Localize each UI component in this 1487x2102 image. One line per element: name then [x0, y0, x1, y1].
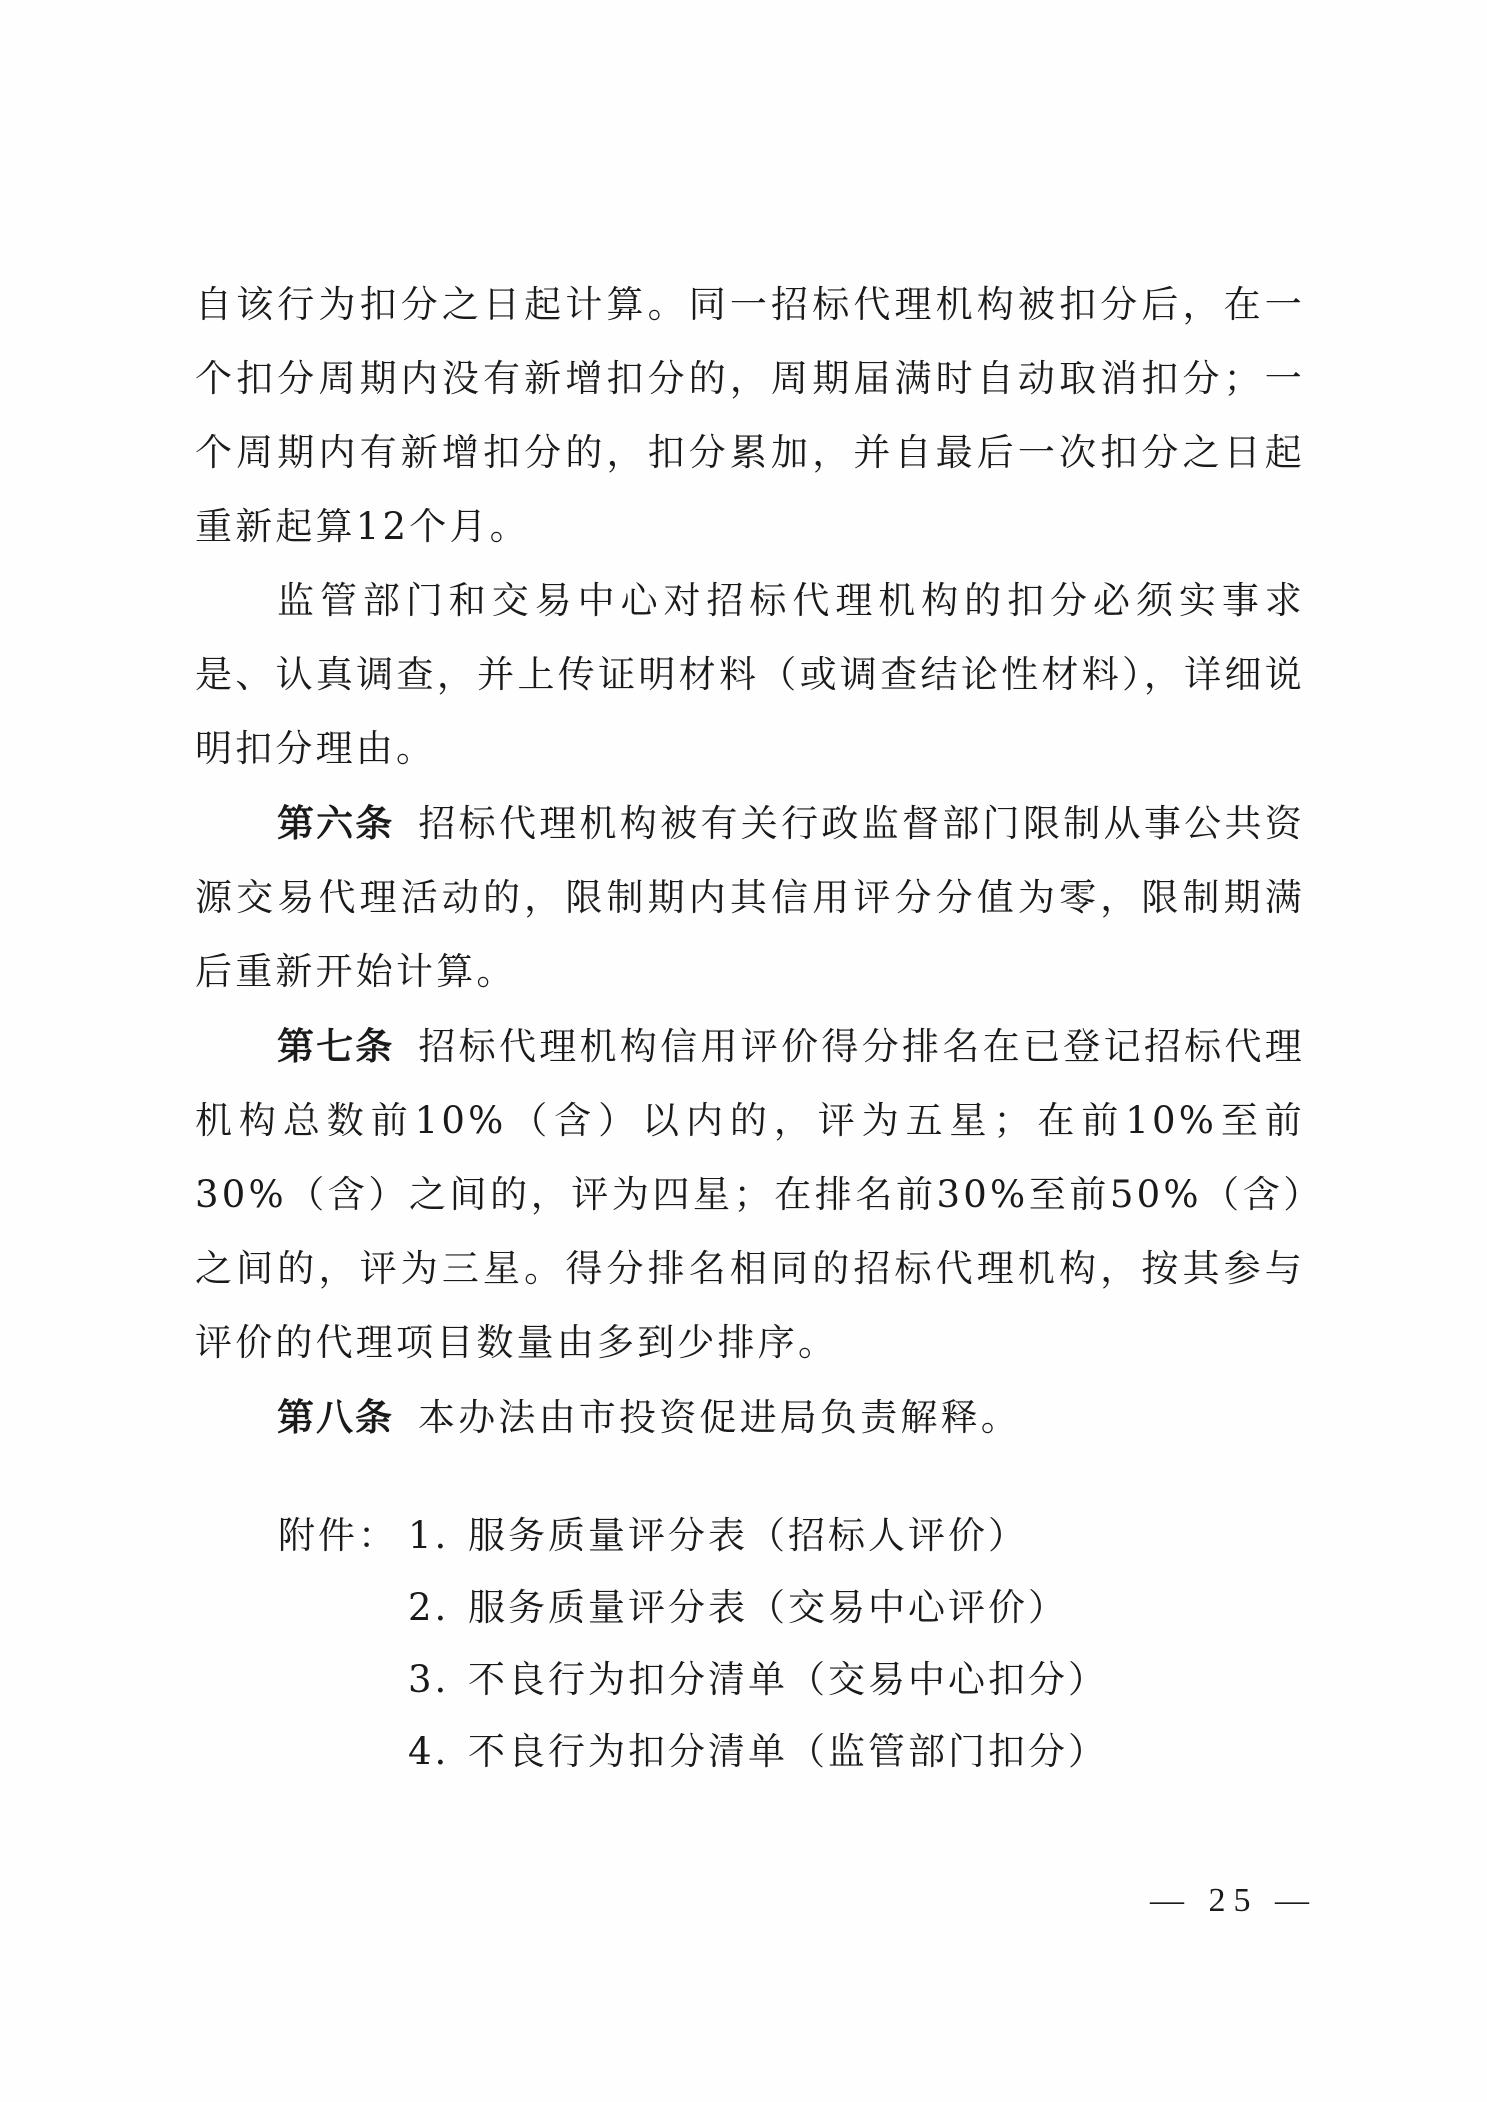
document-page: 自该行为扣分之日起计算。同一招标代理机构被扣分后，在一个扣分周期内没有新增扣分的…	[0, 0, 1487, 2102]
attachment-number: 3.	[408, 1644, 468, 1716]
attachments-list: 附件： 1. 服务质量评分表（招标人评价） 2. 服务质量评分表（交易中心评价）…	[278, 1500, 1108, 1788]
attachment-title: 服务质量评分表（交易中心评价）	[468, 1572, 1068, 1644]
article-number: 第七条	[277, 1024, 394, 1068]
document-body: 自该行为扣分之日起计算。同一招标代理机构被扣分后，在一个扣分周期内没有新增扣分的…	[195, 268, 1305, 1455]
article-number: 第六条	[277, 801, 394, 845]
attachment-title: 不良行为扣分清单（交易中心扣分）	[468, 1644, 1108, 1716]
attachment-title: 服务质量评分表（招标人评价）	[468, 1500, 1028, 1572]
attachment-title: 不良行为扣分清单（监管部门扣分）	[468, 1716, 1108, 1788]
continuation-paragraph: 自该行为扣分之日起计算。同一招标代理机构被扣分后，在一个扣分周期内没有新增扣分的…	[195, 268, 1305, 564]
article-text: 招标代理机构信用评价得分排名在已登记招标代理机构总数前10%（含）以内的，评为五…	[195, 1025, 1305, 1364]
attachment-number: 4.	[408, 1716, 468, 1788]
article-7: 第七条招标代理机构信用评价得分排名在已登记招标代理机构总数前10%（含）以内的，…	[195, 1009, 1305, 1380]
page-number: — 25 —	[1150, 1882, 1317, 1920]
article-number: 第八条	[277, 1395, 394, 1439]
attachment-item: 附件： 1. 服务质量评分表（招标人评价）	[278, 1500, 1108, 1572]
attachments-label: 附件：	[278, 1500, 408, 1572]
article-6: 第六条招标代理机构被有关行政监督部门限制从事公共资源交易代理活动的，限制期内其信…	[195, 786, 1305, 1009]
attachment-number: 2.	[408, 1572, 468, 1644]
attachment-item: 3. 不良行为扣分清单（交易中心扣分）	[278, 1644, 1108, 1716]
article-8: 第八条本办法由市投资促进局负责解释。	[195, 1380, 1305, 1455]
attachment-number: 1.	[408, 1500, 468, 1572]
attachment-item: 2. 服务质量评分表（交易中心评价）	[278, 1572, 1108, 1644]
supervision-paragraph: 监管部门和交易中心对招标代理机构的扣分必须实事求是、认真调查，并上传证明材料（或…	[195, 564, 1305, 786]
article-text: 本办法由市投资促进局负责解释。	[418, 1396, 1021, 1439]
attachment-item: 4. 不良行为扣分清单（监管部门扣分）	[278, 1716, 1108, 1788]
